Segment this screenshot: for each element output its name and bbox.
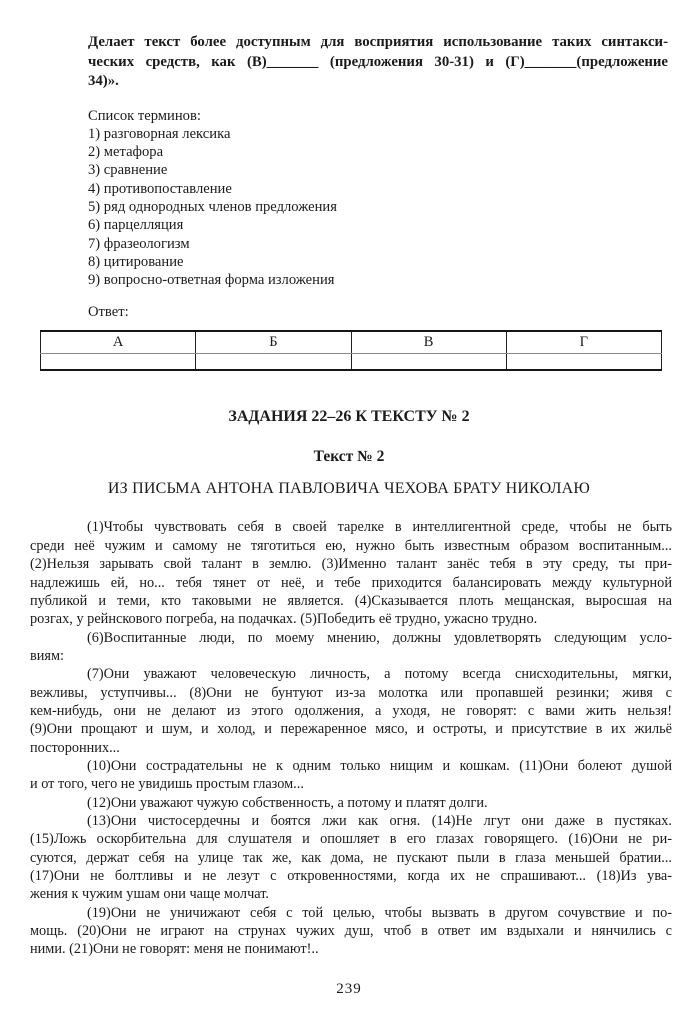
text-line: посторонних...	[30, 739, 672, 757]
answer-label: Ответ:	[88, 303, 698, 321]
text-line: Делает текст более доступным для восприя…	[88, 33, 668, 53]
text-line: мощь. (20)Они не играют на струнах чужих…	[30, 922, 672, 940]
text-line: ческих средств, как (В)_______ (предложе…	[88, 53, 668, 73]
answer-table-value-row	[41, 354, 662, 371]
page-number: 239	[0, 981, 698, 998]
text-line: (12)Они уважают чужую собственность, а п…	[30, 794, 672, 812]
list-item: 3) сравнение	[88, 161, 668, 179]
terms-title: Список терминов:	[88, 107, 668, 125]
text-line: (7)Они уважают человеческую личность, а …	[30, 665, 672, 683]
letter-title: ИЗ ПИСЬМА АНТОНА ПАВЛОВИЧА ЧЕХОВА БРАТУ …	[0, 479, 698, 498]
answer-col-v: В	[351, 331, 506, 354]
answer-cell-b	[196, 354, 351, 371]
list-item: 5) ряд однородных членов предложения	[88, 198, 668, 216]
text-line: (15)Ложь оскорбительна для слушателя и о…	[30, 830, 672, 848]
list-item: 6) парцелляция	[88, 216, 668, 234]
text-line: (13)Они чистосердечны и боятся лжи как о…	[30, 812, 672, 830]
text-line: и от того, чего не увидишь простым глазо…	[30, 775, 672, 793]
text-line: (9)Они прощают и шум, и холод, и пережар…	[30, 720, 672, 738]
list-item: 8) цитирование	[88, 253, 668, 271]
text-line: (1)Чтобы чувствовать себя в своей тарелк…	[30, 518, 672, 536]
text-line: (19)Они не уничижают себя с той целью, ч…	[30, 904, 672, 922]
section-heading: ЗАДАНИЯ 22–26 К ТЕКСТУ № 2	[0, 407, 698, 426]
list-item: 9) вопросно-ответная форма изложения	[88, 271, 668, 289]
text-line: 34)».	[88, 72, 668, 92]
document-page: Делает текст более доступным для восприя…	[0, 0, 698, 1024]
text-line: (6)Воспитанные люди, по моему мнению, до…	[30, 629, 672, 647]
text-line: вежливы, уступчивы... (8)Они не бунтуют …	[30, 684, 672, 702]
list-item: 2) метафора	[88, 143, 668, 161]
text-line: публикой и теми, кто таковыми не являетс…	[30, 592, 672, 610]
text-line: надлежишь ей, но... тебя тянет от неё, и…	[30, 574, 672, 592]
text-line: суются, держат себя на улице так же, как…	[30, 849, 672, 867]
answer-col-a: А	[41, 331, 196, 354]
answer-table-header-row: А Б В Г	[41, 331, 662, 354]
answer-cell-g	[506, 354, 661, 371]
text-line: (10)Они сострадательны не к одним только…	[30, 757, 672, 775]
text-number-heading: Текст № 2	[0, 447, 698, 466]
text-line: (17)Они не болтливы и не лезут с открове…	[30, 867, 672, 885]
task-statement: Делает текст более доступным для восприя…	[88, 33, 668, 92]
text-line: среди неё чужим и самому не тяготиться е…	[30, 537, 672, 555]
answer-col-g: Г	[506, 331, 661, 354]
text-line: кем-нибудь, они не делают из этого одолж…	[30, 702, 672, 720]
list-item: 7) фразеологизм	[88, 235, 668, 253]
text-line: ними. (21)Они не говорят: меня не понима…	[30, 940, 672, 958]
text-line: виям:	[30, 647, 672, 665]
answer-cell-v	[351, 354, 506, 371]
letter-text: (1)Чтобы чувствовать себя в своей тарелк…	[30, 518, 672, 958]
terms-list: Список терминов: 1) разговорная лексика …	[88, 107, 668, 290]
answer-table: А Б В Г	[40, 330, 662, 371]
list-item: 4) противопоставление	[88, 180, 668, 198]
text-line: (2)Нельзя зарывать свой талант в землю. …	[30, 555, 672, 573]
list-item: 1) разговорная лексика	[88, 125, 668, 143]
answer-cell-a	[41, 354, 196, 371]
text-line: розгах, у рейнскового погреба, на подачк…	[30, 610, 672, 628]
answer-col-b: Б	[196, 331, 351, 354]
text-line: жения к чужим ушам они чаще молчат.	[30, 885, 672, 903]
